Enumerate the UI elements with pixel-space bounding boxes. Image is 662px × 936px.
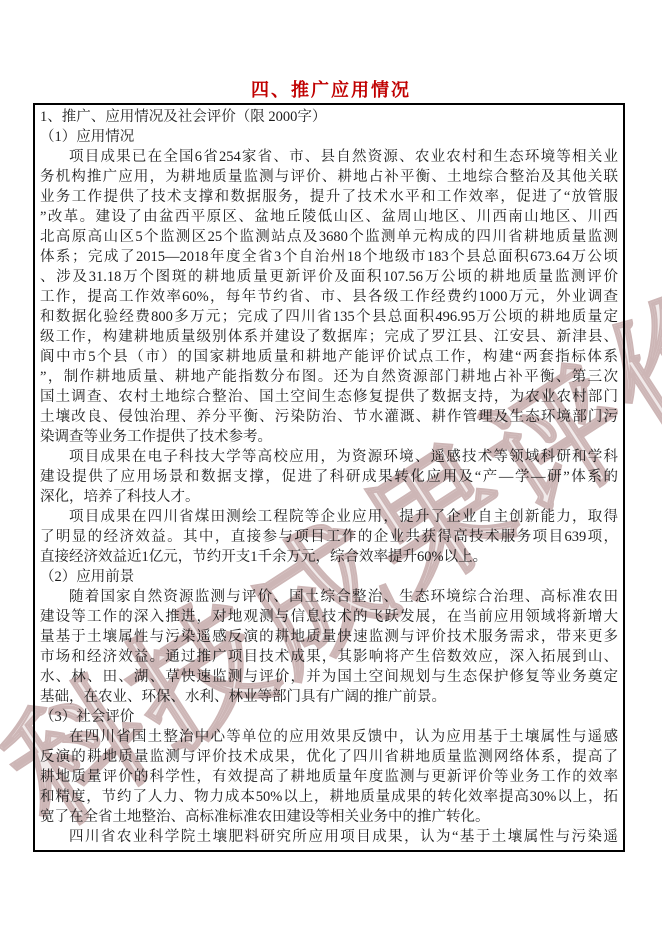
text-line: 直接经济效益近1亿元，节约开支1千余万元，综合效率提升60%以上。 — [40, 547, 618, 567]
text-line: 体系；完成了2015—2018年度全省3个自治州18个地级市183个县总面积67… — [40, 247, 618, 267]
text-line: 阆中市5个县（市）的国家耕地质量和耕地产能评价试点工作，构建“两套指标体系 — [40, 347, 618, 367]
text-line: 反演的耕地质量监测与评价技术成果，优化了四川省耕地质量监测网络体系，提高了 — [40, 747, 618, 767]
text-line: 和精度，节约了人力、物力成本50%以上，耕地质量成果的转化效率提高30%以上，拓 — [40, 787, 618, 807]
text-line: ”改革。建设了由盆西平原区、盆地丘陵低山区、盆周山地区、川西南山地区、川西 — [40, 207, 618, 227]
text-line: 随着国家自然资源监测与评价、国土综合整治、生态环境综合治理、高标准农田 — [40, 587, 618, 607]
text-line: 务机构推广应用，为耕地质量监测与评价、耕地占补平衡、土地综合整治及其他关联 — [40, 167, 618, 187]
text-line: 染调查等业务工作提供了技术参考。 — [40, 427, 618, 447]
text-line: 级工作，构建耕地质量级别体系并建设了数据库；完成了罗江县、江安县、新津县、 — [40, 327, 618, 347]
form-content: 1、推广、应用情况及社会评价（限 2000字）（1）应用情况项目成果已在全国6省… — [40, 107, 618, 847]
text-line: 北高原高山区5个监测区25个监测站点及3680个监测单元构成的四川省耕地质量监测 — [40, 227, 618, 247]
text-line: 土壤改良、侵蚀治理、养分平衡、污染防治、节水灌溉、耕作管理及生态环境部门污 — [40, 407, 618, 427]
text-line: 项目成果在四川省煤田测绘工程院等企业应用，提升了企业自主创新能力，取得 — [40, 507, 618, 527]
text-line: 建设等工作的深入推进，对地观测与信息技术的飞跃发展，在当前应用领域将新增大 — [40, 607, 618, 627]
text-line: 宽了在全省土地整治、高标准标准农田建设等相关业务中的推广转化。 — [40, 807, 618, 827]
text-line: 了明显的经济效益。其中，直接参与项目工作的企业共获得高技术服务项目639项， — [40, 527, 618, 547]
text-line: 项目成果已在全国6省254家省、市、县自然资源、农业农村和生态环境等相关业 — [40, 147, 618, 167]
text-line: （3）社会评价 — [40, 707, 618, 727]
text-line: 市场和经济效益。通过推广项目技术成果，其影响将产生倍数效应，深入拓展到山、 — [40, 647, 618, 667]
text-line: 水、林、田、湖、草快速监测与评价，并为国土空间规划与生态保护修复等业务奠定 — [40, 667, 618, 687]
text-line: 、涉及31.18万个图斑的耕地质量更新评价及面积107.56万公顷的耕地质量监测… — [40, 267, 618, 287]
page-title: 四、推广应用情况 — [0, 76, 662, 100]
text-line: 项目成果在电子科技大学等高校应用，为资源环境、遥感技术等领域科研和学科 — [40, 447, 618, 467]
text-line: 建设提供了应用场景和数据支撑，促进了科研成果转化应用及“产—学—研”体系的 — [40, 467, 618, 487]
text-line: 在四川省国土整治中心等单位的应用效果反馈中，认为应用基于土壤属性与遥感 — [40, 727, 618, 747]
text-line: 国土调查、农村土地综合整治、国土空间生态修复提供了数据支持，为农业农村部门 — [40, 387, 618, 407]
text-line: 1、推广、应用情况及社会评价（限 2000字） — [40, 107, 618, 127]
page: { "colors": { "title_red": "#c00000", "t… — [0, 0, 662, 936]
text-line: 和数据化验经费800多万元；完成了四川省135个县总面积496.95万公顷的耕地… — [40, 307, 618, 327]
text-line: 耕地质量评价的科学性，有效提高了耕地质量年度监测与更新评价等业务工作的效率 — [40, 767, 618, 787]
text-line: 基础，在农业、环保、水利、林业等部门具有广阔的推广前景。 — [40, 687, 618, 707]
text-line: 业务工作提供了技术支撑和数据服务，提升了技术水平和工作效率，促进了“放管服 — [40, 187, 618, 207]
text-line: ”，制作耕地质量、耕地产能指数分布图。还为自然资源部门耕地占补平衡、第三次 — [40, 367, 618, 387]
text-line: 工作，提高工作效率60%，每年节约省、市、县各级工作经费约1000万元，外业调查 — [40, 287, 618, 307]
text-line: 量基于土壤属性与污染遥感反演的耕地质量快速监测与评价技术服务需求，带来更多 — [40, 627, 618, 647]
text-line: 深化，培养了科技人才。 — [40, 487, 618, 507]
text-line: （1）应用情况 — [40, 127, 618, 147]
text-line: （2）应用前景 — [40, 567, 618, 587]
text-line: 四川省农业科学院土壤肥料研究所应用项目成果，认为“基于土壤属性与污染遥 — [40, 827, 618, 847]
form-table: 1、推广、应用情况及社会评价（限 2000字）（1）应用情况项目成果已在全国6省… — [33, 103, 625, 852]
